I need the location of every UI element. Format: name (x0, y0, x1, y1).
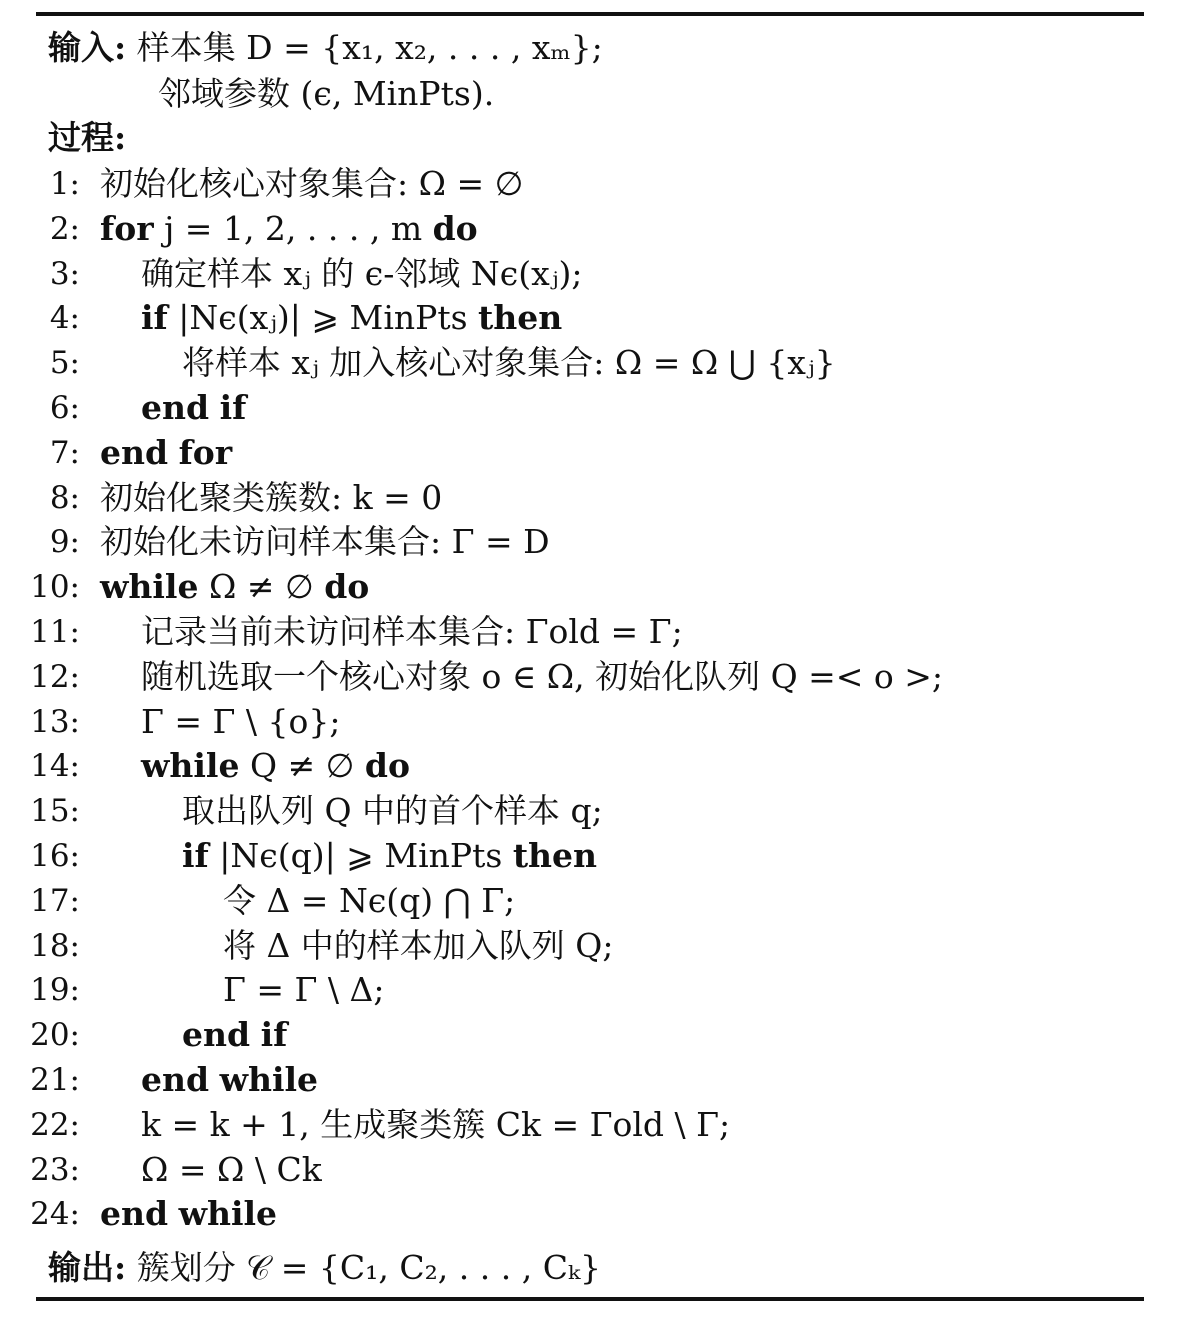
line-number: 10: (0, 565, 80, 609)
line-number: 14: (0, 744, 80, 788)
line-number: 22: (0, 1103, 80, 1147)
line-number: 6: (0, 386, 80, 430)
input-label: 输入: (48, 28, 126, 67)
line-code: 初始化聚类簇数: k = 0 (100, 476, 442, 520)
line-code: end for (100, 431, 232, 475)
line-number: 11: (0, 610, 80, 654)
line-number: 16: (0, 834, 80, 878)
output-row: 输出: 簇划分 𝒞 = {C₁, C₂, . . . , Cₖ} (48, 1246, 601, 1290)
line-code: for j = 1, 2, . . . , m do (100, 207, 478, 251)
bottom-rule (36, 1297, 1144, 1301)
line-code: 取出队列 Q 中的首个样本 q; (182, 789, 603, 833)
line-code: Γ = Γ \ {o}; (141, 700, 341, 744)
line-number: 5: (0, 341, 80, 385)
line-number: 21: (0, 1058, 80, 1102)
line-number: 4: (0, 296, 80, 340)
line-number: 23: (0, 1148, 80, 1192)
line-code: end if (182, 1013, 287, 1057)
line-number: 2: (0, 207, 80, 251)
line-code: 令 Δ = Nϵ(q) ⋂ Γ; (223, 879, 515, 923)
line-code: 确定样本 xⱼ 的 ϵ-邻域 Nϵ(xⱼ); (141, 252, 582, 296)
output-label: 输出: (48, 1248, 126, 1287)
line-number: 18: (0, 924, 80, 968)
line-number: 7: (0, 431, 80, 475)
line-number: 8: (0, 476, 80, 520)
line-code: k = k + 1, 生成聚类簇 Ck = Γold \ Γ; (141, 1103, 730, 1147)
line-number: 17: (0, 879, 80, 923)
line-code: Ω = Ω \ Ck (141, 1148, 322, 1192)
line-number: 9: (0, 520, 80, 564)
line-code: 初始化未访问样本集合: Γ = D (100, 520, 550, 564)
line-code: 记录当前未访问样本集合: Γold = Γ; (141, 610, 683, 654)
line-code: 将 Δ 中的样本加入队列 Q; (223, 924, 613, 968)
process-label: 过程: (48, 118, 126, 157)
output-text: 簇划分 𝒞 = {C₁, C₂, . . . , Cₖ} (137, 1248, 601, 1287)
line-code: 随机选取一个核心对象 o ∈ Ω, 初始化队列 Q =< o >; (141, 655, 943, 699)
line-number: 15: (0, 789, 80, 833)
line-code: if |Nϵ(q)| ⩾ MinPts then (182, 834, 597, 878)
line-number: 19: (0, 968, 80, 1012)
line-code: 初始化核心对象集合: Ω = ∅ (100, 162, 523, 206)
process-row: 过程: (48, 116, 126, 160)
line-code: 将样本 xⱼ 加入核心对象集合: Ω = Ω ⋃ {xⱼ} (182, 341, 836, 385)
line-code: Γ = Γ \ Δ; (223, 968, 384, 1012)
line-code: end while (141, 1058, 318, 1102)
line-code: end if (141, 386, 246, 430)
input-row: 输入: 样本集 D = {x₁, x₂, . . . , xₘ}; (48, 26, 603, 70)
line-number: 20: (0, 1013, 80, 1057)
input-row-2: 邻域参数 (ϵ, MinPts). (158, 72, 494, 116)
line-number: 13: (0, 700, 80, 744)
line-code: while Q ≠ ∅ do (141, 744, 410, 788)
line-code: if |Nϵ(xⱼ)| ⩾ MinPts then (141, 296, 562, 340)
input-line-2: 邻域参数 (ϵ, MinPts). (158, 74, 494, 113)
top-rule (36, 12, 1144, 16)
line-code: end while (100, 1192, 277, 1236)
line-number: 3: (0, 252, 80, 296)
input-line-1: 样本集 D = {x₁, x₂, . . . , xₘ}; (137, 28, 603, 67)
line-number: 1: (0, 162, 80, 206)
line-code: while Ω ≠ ∅ do (100, 565, 369, 609)
line-number: 24: (0, 1192, 80, 1236)
line-number: 12: (0, 655, 80, 699)
